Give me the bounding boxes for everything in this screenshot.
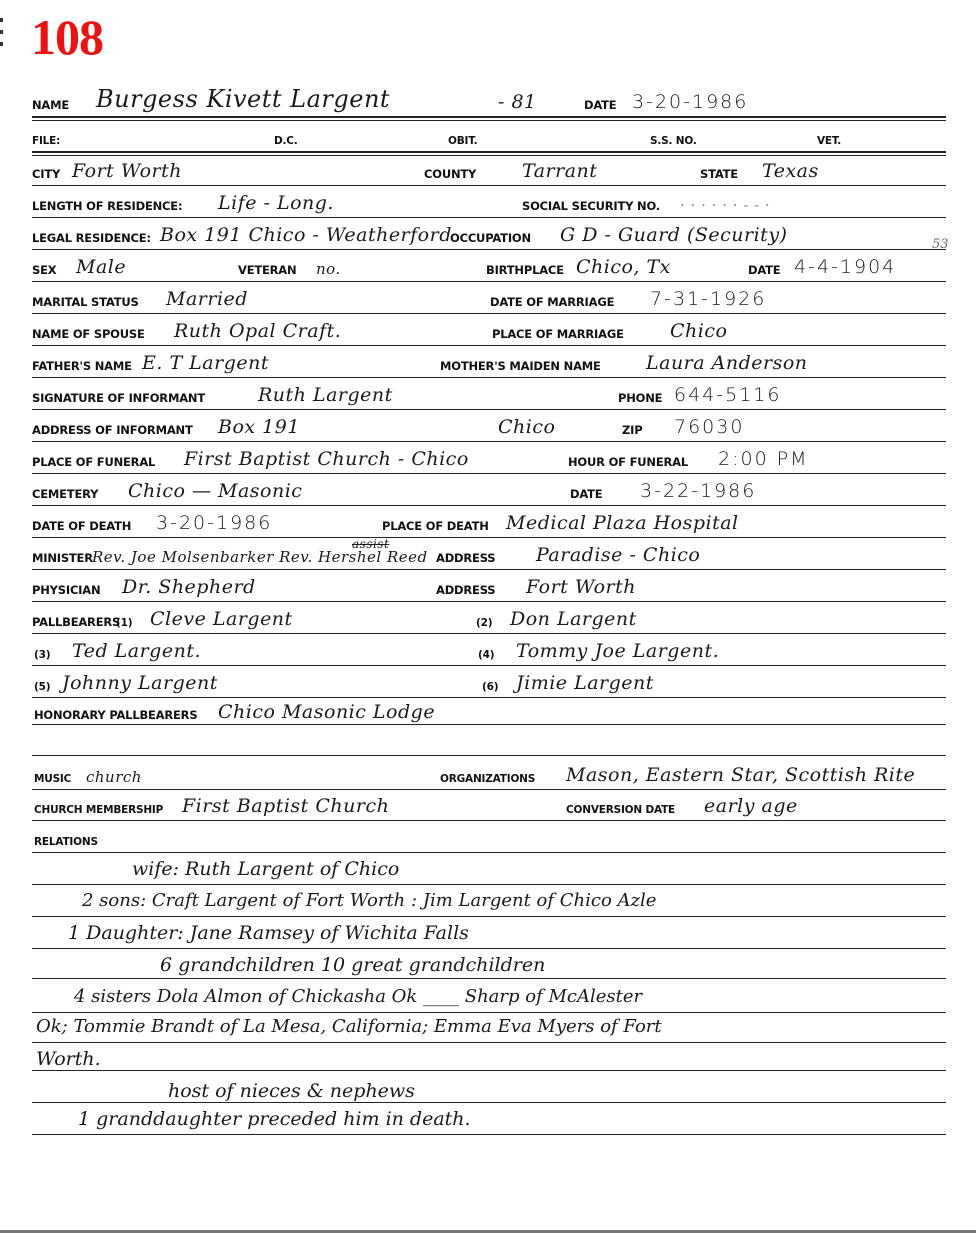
physician-addr-label: ADDRESS [436,583,495,597]
legal-residence-value[interactable]: Box 191 Chico - Weatherford [160,224,452,246]
divider [32,377,946,378]
relations-line[interactable]: 4 sisters Dola Almon of Chickasha Ok ___… [74,986,642,1007]
divider [32,569,946,570]
marital-label: MARITAL STATUS [32,295,139,309]
church-row: CHURCH MEMBERSHIP First Baptist Church C… [32,790,946,820]
divider [32,217,946,218]
divider [32,313,946,314]
informant-sig-label: SIGNATURE OF INFORMANT [32,391,205,405]
date-label: DATE [584,98,616,112]
pallbearer-name[interactable]: Jimie Largent [516,672,654,694]
zip-label: ZIP [622,423,642,437]
pallbearer-num: (3) [34,649,50,661]
occupation-value[interactable]: G D - Guard (Security) [560,224,787,246]
divider [32,281,946,282]
edge-mark [0,18,3,22]
divider [32,755,946,756]
divider [32,409,946,410]
marriage-date-label: DATE OF MARRIAGE [490,295,614,309]
organizations-label: ORGANIZATIONS [440,773,535,785]
residence-length-value[interactable]: Life - Long. [218,192,334,214]
honorary-value[interactable]: Chico Masonic Lodge [218,701,435,723]
pallbearer-num: (6) [482,681,498,693]
honorary-label: HONORARY PALLBEARERS [34,708,197,722]
funeral-date-label: DATE [570,487,602,501]
death-place-value[interactable]: Medical Plaza Hospital [506,512,739,534]
file-row: FILE: D.C. OBIT. S.S. NO. VET. [32,121,946,151]
city-value[interactable]: Fort Worth [72,160,182,182]
funeral-date-value[interactable]: 3-22-1986 [640,480,756,502]
informant-addr-label: ADDRESS OF INFORMANT [32,423,193,437]
county-label: COUNTY [424,167,476,181]
relations-line[interactable]: wife: Ruth Largent of Chico [132,858,399,880]
conversion-label: CONVERSION DATE [566,804,675,816]
pallbearers-label: PALLBEARERS [32,615,120,629]
page-number: 108 [31,8,103,66]
church-value[interactable]: First Baptist Church [182,795,389,817]
relations-line[interactable]: host of nieces & nephews [168,1080,415,1102]
pallbearers-row-2: (3) Ted Largent. (4) Tommy Joe Largent. [32,635,946,665]
music-value[interactable]: church [86,768,142,786]
music-row: MUSIC church ORGANIZATIONS Mason, Easter… [32,759,946,789]
marriage-place-value[interactable]: Chico [670,320,727,342]
marriage-place-label: PLACE OF MARRIAGE [492,327,624,341]
funeral-place-row: PLACE OF FUNERAL First Baptist Church - … [32,443,946,473]
divider [32,537,946,538]
dc-label: D.C. [274,135,298,147]
mother-label: MOTHER'S MAIDEN NAME [440,359,601,373]
pallbearer-num: (4) [478,649,494,661]
pallbearer-name[interactable]: Ted Largent. [72,640,201,662]
divider [32,633,946,634]
divider [32,916,946,917]
cemetery-value[interactable]: Chico — Masonic [128,480,302,502]
relations-row: RELATIONS [32,822,946,852]
residence-length-row: LENGTH OF RESIDENCE: Life - Long. SOCIAL… [32,187,946,217]
cemetery-label: CEMETERY [32,487,98,501]
divider [32,820,946,821]
sex-label: SEX [32,263,56,277]
mother-value[interactable]: Laura Anderson [646,352,808,374]
birthplace-value[interactable]: Chico, Tx [576,256,671,278]
physician-label: PHYSICIAN [32,583,100,597]
relations-line[interactable]: 6 grandchildren 10 great grandchildren [160,954,545,976]
pallbearer-name[interactable]: Tommy Joe Largent. [516,640,719,662]
sex-value[interactable]: Male [76,256,126,278]
veteran-label: VETERAN [238,263,296,277]
divider [32,1102,946,1103]
divider [32,978,946,979]
vet-label: VET. [817,135,841,147]
informant-address-row: ADDRESS OF INFORMANT Box 191 Chico ZIP 7… [32,411,946,441]
divider [32,884,946,885]
relations-label: RELATIONS [34,836,98,848]
pallbearer-name[interactable]: Cleve Largent [150,608,293,630]
city-label: CITY [32,167,60,181]
informant-addr-value[interactable]: Box 191 [218,416,300,438]
spouse-value[interactable]: Ruth Opal Craft. [174,320,341,342]
name-row: NAME Burgess Kivett Largent - 81 DATE 3-… [32,86,946,116]
phone-label: PHONE [618,391,662,405]
cemetery-row: CEMETERY Chico — Masonic DATE 3-22-1986 [32,475,946,505]
residence-length-label: LENGTH OF RESIDENCE: [32,199,182,213]
name-value[interactable]: Burgess Kivett Largent [96,85,390,113]
age-value[interactable]: - 81 [498,91,537,113]
funeral-hour-label: HOUR OF FUNERAL [568,455,688,469]
spouse-label: NAME OF SPOUSE [32,327,145,341]
parents-row: FATHER'S NAME E. T Largent MOTHER'S MAID… [32,347,946,377]
funeral-place-label: PLACE OF FUNERAL [32,455,155,469]
divider [32,601,946,602]
minister-label: MINISTER [32,551,93,565]
relations-line[interactable]: 2 sons: Craft Largent of Fort Worth : Ji… [82,890,656,911]
birth-date-value[interactable]: 4-4-1904 [794,256,896,278]
city-row: CITY Fort Worth COUNTY Tarrant STATE Tex… [32,155,946,185]
veteran-value[interactable]: no. [316,260,341,278]
father-value[interactable]: E. T Largent [142,352,269,374]
edge-mark [0,30,3,34]
ssn-value[interactable]: · · · · · · - - · [680,196,770,214]
pallbearers-row-3: (5) Johnny Largent (6) Jimie Largent [32,667,946,697]
divider [32,473,946,474]
divider [32,151,946,153]
honorary-row: HONORARY PALLBEARERS Chico Masonic Lodge [32,696,946,726]
music-label: MUSIC [34,773,71,785]
occupation-label: OCCUPATION [450,231,531,245]
relations-line[interactable]: 1 granddaughter preceded him in death. [78,1108,471,1130]
death-row: DATE OF DEATH 3-20-1986 PLACE OF DEATH M… [32,507,946,537]
margin-note: 53 [932,237,949,252]
ss-no-label: S.S. NO. [650,135,697,147]
marriage-date-value[interactable]: 7-31-1926 [650,288,766,310]
pallbearers-row-1: PALLBEARERS (1) Cleve Largent (2) Don La… [32,603,946,633]
file-label: FILE: [32,135,60,147]
ssn-label: SOCIAL SECURITY NO. [522,199,660,213]
funeral-place-value[interactable]: First Baptist Church - Chico [184,448,469,470]
pallbearer-name[interactable]: Don Largent [510,608,637,630]
marital-value[interactable]: Married [166,288,248,310]
divider [32,1012,946,1013]
sex-row: SEX Male VETERAN no. BIRTHPLACE Chico, T… [32,251,946,281]
minister-addr-label: ADDRESS [436,551,495,565]
edge-mark [0,42,3,46]
birthplace-label: BIRTHPLACE [486,263,564,277]
informant-sig-value[interactable]: Ruth Largent [258,384,393,406]
divider [32,116,946,118]
divider [32,665,946,666]
physician-value[interactable]: Dr. Shepherd [122,576,256,598]
obit-label: OBIT. [448,135,477,147]
physician-addr-value[interactable]: Fort Worth [526,576,636,598]
informant-row: SIGNATURE OF INFORMANT Ruth Largent PHON… [32,379,946,409]
divider [32,852,946,853]
date-value[interactable]: 3-20-1986 [632,91,748,113]
divider [32,1134,946,1135]
church-label: CHURCH MEMBERSHIP [34,804,163,816]
relations-line[interactable]: Worth. [36,1048,101,1070]
informant-city-value[interactable]: Chico [498,416,555,438]
minister-note: assist [352,537,389,551]
father-label: FATHER'S NAME [32,359,132,373]
legal-residence-row: LEGAL RESIDENCE: Box 191 Chico - Weather… [32,219,946,249]
conversion-value[interactable]: early age [704,795,798,817]
minister-addr-value[interactable]: Paradise - Chico [536,544,700,566]
birth-date-label: DATE [748,263,780,277]
divider [32,1070,946,1071]
pallbearer-num: (2) [476,617,492,629]
pallbearer-num: (5) [34,681,50,693]
pallbearer-num: (1) [116,617,132,629]
state-value[interactable]: Texas [762,160,819,182]
organizations-value[interactable]: Mason, Eastern Star, Scottish Rite [566,764,915,786]
divider [32,185,946,186]
divider [32,505,946,506]
death-date-label: DATE OF DEATH [32,519,131,533]
phone-value[interactable]: 644-5116 [674,384,781,406]
death-place-label: PLACE OF DEATH [382,519,489,533]
death-date-value[interactable]: 3-20-1986 [156,512,272,534]
pallbearer-name[interactable]: Johnny Largent [62,672,218,694]
divider [32,441,946,442]
divider [32,345,946,346]
relations-line[interactable]: 1 Daughter: Jane Ramsey of Wichita Falls [68,922,469,944]
physician-row: PHYSICIAN Dr. Shepherd ADDRESS Fort Wort… [32,571,946,601]
zip-value[interactable]: 76030 [674,416,744,438]
county-value[interactable]: Tarrant [522,160,597,182]
state-label: STATE [700,167,738,181]
spouse-row: NAME OF SPOUSE Ruth Opal Craft. PLACE OF… [32,315,946,345]
marital-row: MARITAL STATUS Married DATE OF MARRIAGE … [32,283,946,313]
name-label: NAME [32,98,69,112]
relations-line[interactable]: Ok; Tommie Brandt of La Mesa, California… [36,1016,662,1037]
divider [32,948,946,949]
minister-row: MINISTER Rev. Joe Molsenbarker Rev. Hers… [32,539,946,569]
funeral-hour-value[interactable]: 2:00 PM [718,448,809,470]
divider [32,1042,946,1043]
divider [32,249,946,250]
legal-residence-label: LEGAL RESIDENCE: [32,231,151,245]
divider [32,724,946,725]
